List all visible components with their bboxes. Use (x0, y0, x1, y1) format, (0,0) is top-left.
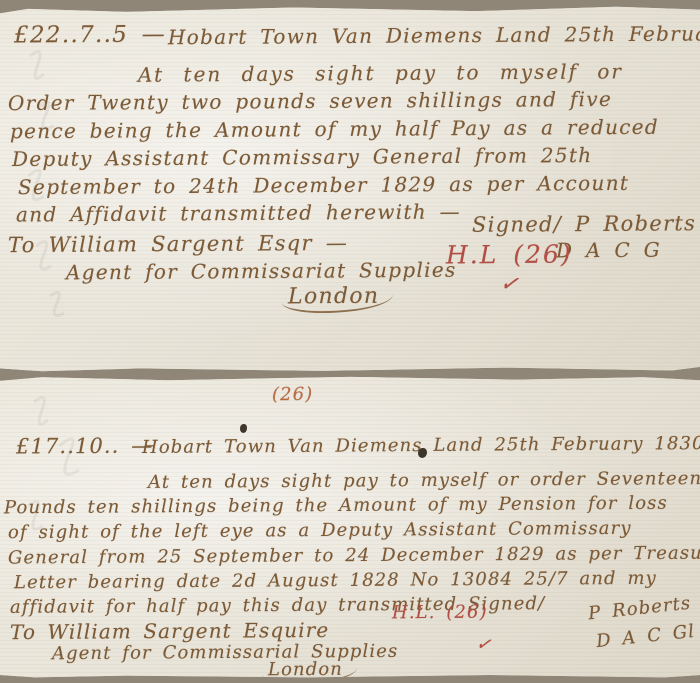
signature-name: P Roberts (587, 593, 692, 625)
red-page-number: (26) (272, 384, 314, 405)
body-line: Deputy Assistant Commissary General from… (12, 143, 593, 171)
scanned-documents-photo: £22..7..5 — Hobart Town Van Diemens Land… (0, 0, 700, 683)
red-filing-mark: H.L. (26) (392, 602, 488, 624)
body-line: Order Twenty two pounds seven shillings … (8, 87, 612, 115)
red-check-mark: ✓ (498, 271, 522, 299)
place-and-date-line: Hobart Town Van Diemens Land 25th Februa… (168, 21, 700, 49)
signature-title: D A C Gl (595, 621, 696, 652)
addressee-line: Agent for Commissariat Supplies (66, 258, 457, 285)
ink-blot (240, 424, 247, 433)
body-line: General from 25 September to 24 December… (8, 543, 700, 569)
body-line: and Affidavit transmitted herewith — (16, 199, 461, 226)
body-line: At ten days sight pay to myself or (138, 59, 623, 86)
body-line: pence being the Amount of my half Pay as… (10, 115, 659, 144)
body-line: September to 24th December 1829 as per A… (18, 171, 629, 199)
addressee-line: London (282, 284, 394, 314)
red-check-mark: ✓ (475, 633, 494, 656)
amount-figures: £17..10.. — (16, 434, 153, 459)
body-line: of sight of the left eye as a Deputy Ass… (8, 518, 632, 543)
body-line: Letter bearing date 2d August 1828 No 13… (14, 568, 657, 593)
addressee-line: To William Sargent Esqr — (8, 231, 348, 257)
body-line: Pounds ten shillings being the Amount of… (4, 493, 668, 519)
body-line: At ten days sight pay to myself or order… (148, 468, 700, 493)
addressee-line: To William Sargent Esquire (10, 618, 329, 644)
amount-figures: £22..7..5 — (14, 21, 166, 48)
signed-by-line: Signed/ P Roberts (472, 211, 696, 237)
place-and-date-line: Hobart Town Van Diemens Land 25th Februa… (142, 433, 700, 458)
bill-of-exchange-upper: £22..7..5 — Hobart Town Van Diemens Land… (0, 6, 700, 372)
bill-of-exchange-lower: (26) £17..10.. — Hobart Town Van Diemens… (0, 376, 700, 678)
addressee-line: London (262, 659, 357, 683)
red-filing-mark: H.L (26) (446, 240, 573, 270)
